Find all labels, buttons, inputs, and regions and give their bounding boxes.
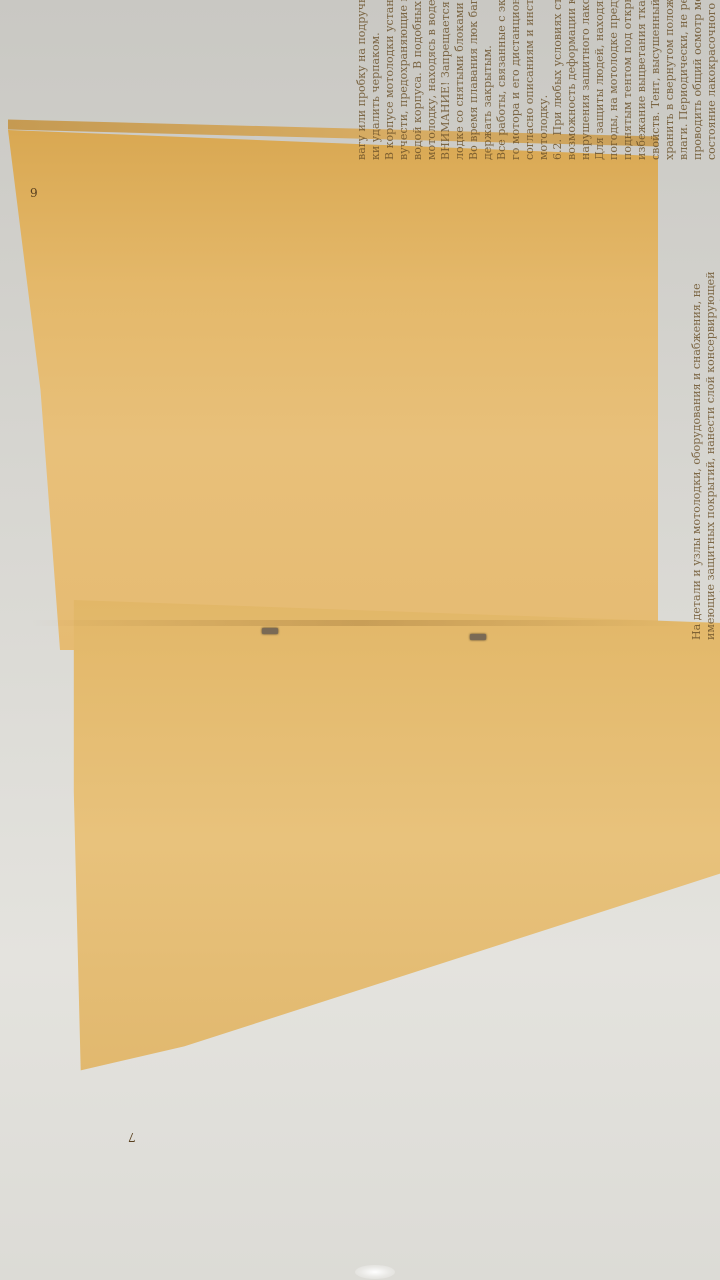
text-line: водой корпуса. В подобных случаях следуе… [411,0,425,160]
text-line: мотолодку. [537,0,551,160]
text-line: го мотора и его дистанционного управлени… [509,0,523,160]
page-number-right: 7 [128,1130,136,1144]
text-line: имеющие защитных покрытий, нанести слой … [704,0,718,640]
text-line: нарушения защитного лакокрасочного покры… [579,0,593,160]
text-line: погоды, на мотолодке предусмотрен тент. … [607,0,621,160]
left-page-text: вагу или пробку на подручных материалов,… [355,0,720,160]
text-line: свойств. Тент, высушенный в натянутом по… [649,0,663,160]
text-line: В корпусе мотолодки установлены пеноплас… [383,0,397,160]
right-page-text: На детали и узлы мотолодки, оборудования… [690,0,720,640]
text-line: ки удалить черпаком. [369,0,383,160]
page-number-left: 6 [30,185,38,199]
text-line: избежание выцветания ткани и нарушения в… [635,0,649,160]
left-page [8,130,658,650]
text-line: Все работы, связанные с эксплуатацией по… [495,0,509,160]
staple-left [262,628,278,634]
text-line: На детали и узлы мотолодки, оборудования… [690,0,704,640]
text-line: возможность деформации конструкции и [565,0,579,160]
text-line: Для защиты людей, находящихся в кокпите … [593,0,607,160]
text-line: хранить в свернутом положении, исключая … [663,0,677,160]
text-line: мотолодку, находясь в воде. [425,0,439,160]
open-booklet: вагу или пробку на подручных материалов,… [0,0,720,1280]
staple-right [470,634,486,640]
text-line: лодке со снятыми блоками плавучести. [453,0,467,160]
text-line: Во время плавания люк багажного отсека р… [467,0,481,160]
text-line: держать закрытым. [481,0,495,160]
text-line: вучести, предохраняющие мотолодку от зат… [397,0,411,160]
text-line: влаги. Периодически, не реже одного раза… [677,0,691,160]
text-line: поднятым тентом под открытым небом не ре… [621,0,635,160]
text-line: вагу или пробку на подручных материалов,… [355,0,369,160]
booklet-spine [30,620,690,626]
text-line: ВНИМАНИЕ! Запрещается находиться в движе… [439,0,453,160]
text-line: согласно описаниям и инструкциям по эксп… [523,0,537,160]
right-page [60,600,720,1080]
text-line: 6.2. При любых условиях стоянки мотолодк… [551,0,565,160]
